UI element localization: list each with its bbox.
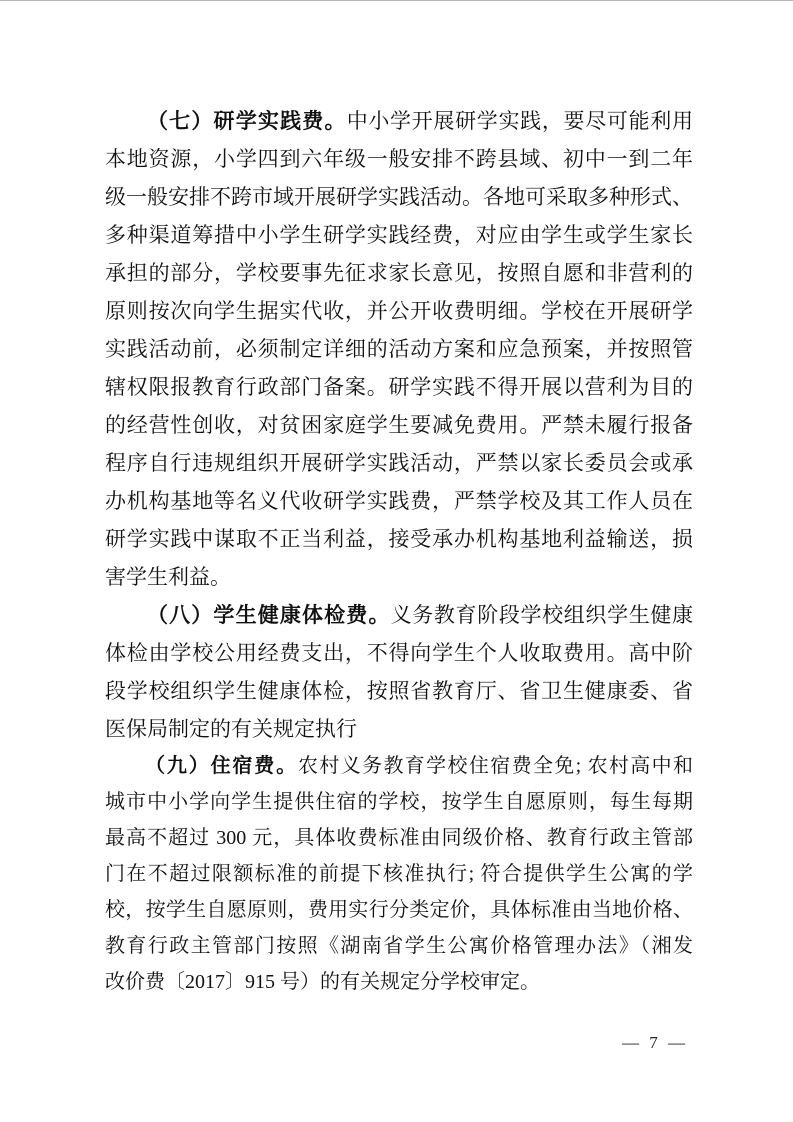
paragraph-text: 本地资源，小学四到六年级一般安排不跨县域、初中一到二年 — [105, 147, 693, 171]
paragraph-text: 害学生利益。 — [105, 565, 231, 589]
text-line: 程序自行违规组织开展研学实践活动，严禁以家长委员会或承 — [105, 444, 693, 482]
paragraph-item-9-accommodation-fee: （九）住宿费。农村义务教育学校住宿费全免; 农村高中和城市中小学向学生提供住宿的… — [105, 748, 693, 1000]
paragraph-heading: （九）住宿费。 — [145, 755, 298, 777]
text-line: 医保局制定的有关规定执行 — [105, 710, 693, 748]
paragraph-item-7-study-practice-fee: （七）研学实践费。中小学开展研学实践，要尽可能利用本地资源，小学四到六年级一般安… — [105, 102, 693, 596]
paragraph-text: 实践活动前，必须制定详细的活动方案和应急预案，并按照管 — [105, 337, 693, 361]
paragraph-text: 教育行政主管部门按照《湖南省学生公寓价格管理办法》（湘发 — [105, 935, 693, 957]
text-line: （九）住宿费。农村义务教育学校住宿费全免; 农村高中和 — [105, 748, 693, 784]
text-line: 改价费〔2017〕915 号）的有关规定分学校审定。 — [105, 964, 693, 1000]
text-line: 段学校组织学生健康体检，按照省教育厅、省卫生健康委、省 — [105, 672, 693, 710]
text-line: 的经营性创收，对贫困家庭学生要减免费用。严禁未履行报备 — [105, 406, 693, 444]
text-line: 最高不超过 300 元，具体收费标准由同级价格、教育行政主管部 — [105, 820, 693, 856]
document-page: （七）研学实践费。中小学开展研学实践，要尽可能利用本地资源，小学四到六年级一般安… — [0, 0, 793, 1122]
scan-artifact-line — [0, 0, 793, 1]
paragraph-text: 段学校组织学生健康体检，按照省教育厅、省卫生健康委、省 — [105, 679, 693, 703]
text-block: （七）研学实践费。中小学开展研学实践，要尽可能利用本地资源，小学四到六年级一般安… — [105, 102, 693, 1000]
paragraph-text: 的经营性创收，对贫困家庭学生要减免费用。严禁未履行报备 — [105, 413, 693, 437]
paragraph-text: 改价费〔2017〕915 号）的有关规定分学校审定。 — [105, 971, 540, 993]
text-line: （七）研学实践费。中小学开展研学实践，要尽可能利用 — [105, 102, 693, 140]
text-line: 教育行政主管部门按照《湖南省学生公寓价格管理办法》（湘发 — [105, 928, 693, 964]
paragraph-text: 校，按学生自愿原则，费用实行分类定价，具体标准由当地价格、 — [105, 899, 693, 921]
paragraph-text: 医保局制定的有关规定执行 — [105, 717, 357, 741]
text-line: 实践活动前，必须制定详细的活动方案和应急预案，并按照管 — [105, 330, 693, 368]
text-line: 多种渠道筹措中小学生研学实践经费，对应由学生或学生家长 — [105, 216, 693, 254]
text-line: 级一般安排不跨市域开展研学实践活动。各地可采取多种形式、 — [105, 178, 693, 216]
paragraph-text: 研学实践中谋取不正当利益，接受承办机构基地利益输送，损 — [105, 527, 693, 551]
text-line: 害学生利益。 — [105, 558, 693, 596]
text-line: 校，按学生自愿原则，费用实行分类定价，具体标准由当地价格、 — [105, 892, 693, 928]
paragraph-text: 农村义务教育学校住宿费全免; 农村高中和 — [298, 755, 693, 777]
paragraph-text: 辖权限报教育行政部门备案。研学实践不得开展以营利为目的 — [105, 375, 693, 399]
page-number: — 7 — — [622, 1033, 688, 1053]
text-line: 辖权限报教育行政部门备案。研学实践不得开展以营利为目的 — [105, 368, 693, 406]
paragraph-text: 承担的部分，学校要事先征求家长意见，按照自愿和非营利的 — [105, 261, 693, 285]
paragraph-heading: （八）学生健康体检费。 — [147, 603, 391, 627]
text-line: 承担的部分，学校要事先征求家长意见，按照自愿和非营利的 — [105, 254, 693, 292]
paragraph-heading: （七）研学实践费。 — [147, 109, 347, 133]
paragraph-text: 多种渠道筹措中小学生研学实践经费，对应由学生或学生家长 — [105, 223, 693, 247]
paragraph-text: 原则按次向学生据实代收，并公开收费明细。学校在开展研学 — [105, 299, 693, 323]
paragraph-text: 中小学开展研学实践，要尽可能利用 — [347, 109, 693, 133]
paragraph-text: 程序自行违规组织开展研学实践活动，严禁以家长委员会或承 — [105, 451, 693, 475]
paragraph-text: 最高不超过 300 元，具体收费标准由同级价格、教育行政主管部 — [105, 827, 693, 849]
text-line: 城市中小学向学生提供住宿的学校，按学生自愿原则，每生每期 — [105, 784, 693, 820]
text-line: 体检由学校公用经费支出，不得向学生个人收取费用。高中阶 — [105, 634, 693, 672]
paragraph-item-8-health-checkup-fee: （八）学生健康体检费。义务教育阶段学校组织学生健康体检由学校公用经费支出，不得向… — [105, 596, 693, 748]
paragraph-text: 级一般安排不跨市域开展研学实践活动。各地可采取多种形式、 — [105, 185, 693, 209]
text-line: 研学实践中谋取不正当利益，接受承办机构基地利益输送，损 — [105, 520, 693, 558]
text-line: 本地资源，小学四到六年级一般安排不跨县域、初中一到二年 — [105, 140, 693, 178]
paragraph-text: 办机构基地等名义代收研学实践费，严禁学校及其工作人员在 — [105, 489, 693, 513]
text-line: 原则按次向学生据实代收，并公开收费明细。学校在开展研学 — [105, 292, 693, 330]
text-line: 门在不超过限额标准的前提下核准执行; 符合提供学生公寓的学 — [105, 856, 693, 892]
paragraph-text: 门在不超过限额标准的前提下核准执行; 符合提供学生公寓的学 — [105, 863, 693, 885]
text-line: 办机构基地等名义代收研学实践费，严禁学校及其工作人员在 — [105, 482, 693, 520]
paragraph-text: 体检由学校公用经费支出，不得向学生个人收取费用。高中阶 — [105, 641, 693, 665]
text-line: （八）学生健康体检费。义务教育阶段学校组织学生健康 — [105, 596, 693, 634]
paragraph-text: 义务教育阶段学校组织学生健康 — [391, 603, 693, 627]
paragraph-text: 城市中小学向学生提供住宿的学校，按学生自愿原则，每生每期 — [105, 791, 693, 813]
